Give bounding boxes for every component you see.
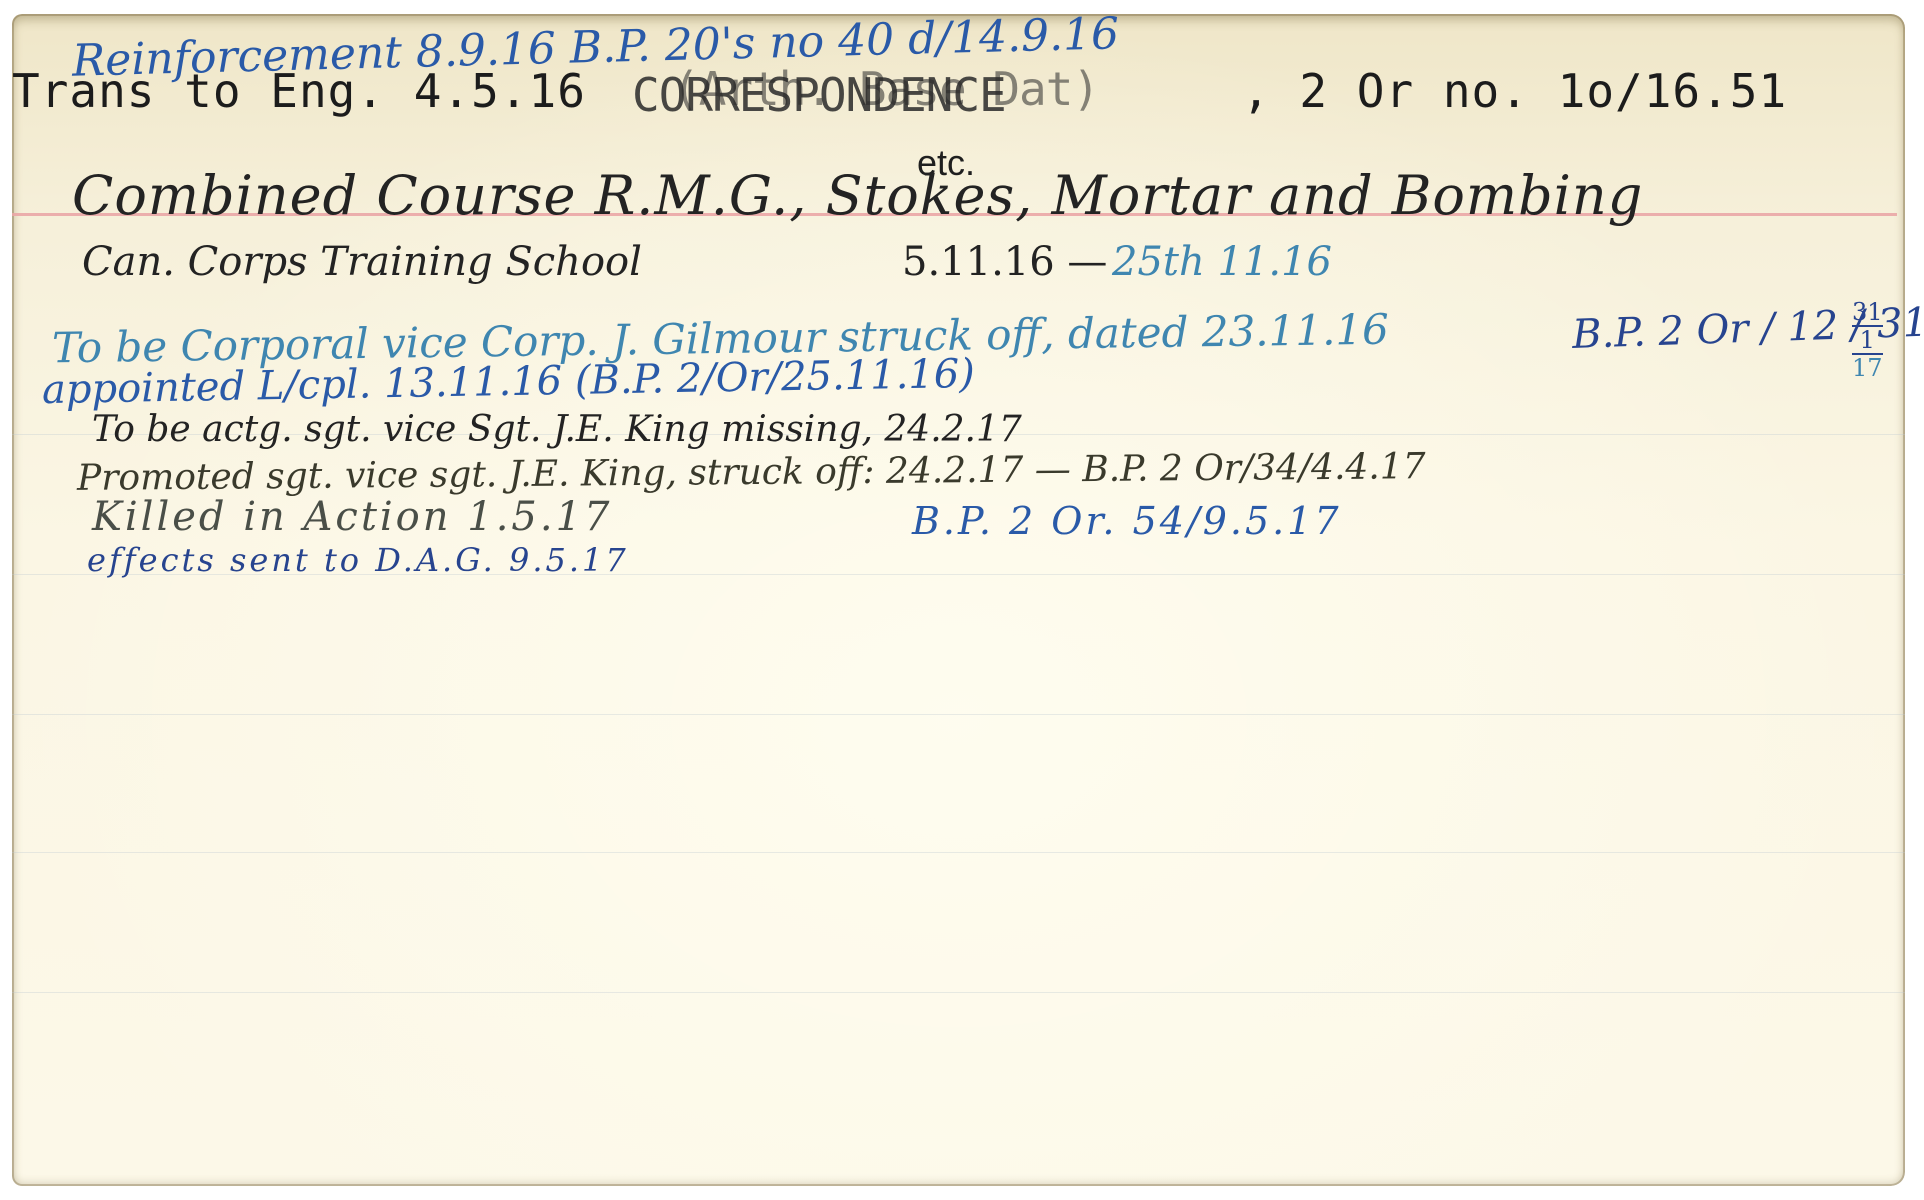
acting-sergeant-entry: To be actg. sgt. vice Sgt. J.E. King mis… xyxy=(92,409,1022,450)
ruled-line xyxy=(12,714,1905,715)
ruled-line xyxy=(12,852,1905,853)
ruled-line xyxy=(12,992,1905,993)
typed-base-note: (Arth. Base Dat) xyxy=(672,62,1099,116)
fraction-denominator: 17 xyxy=(1852,353,1883,381)
service-record-card: Reinforcement 8.9.16 B.P. 20's no 40 d/1… xyxy=(12,14,1905,1186)
course-start-date: 5.11.16 — xyxy=(902,239,1107,285)
typed-transfer-right: , 2 Or no. 1o/16.51 xyxy=(1242,64,1787,118)
effects-sent-entry: effects sent to D.A.G. 9.5.17 xyxy=(87,541,629,579)
combined-course-entry: Combined Course R.M.G., Stokes, Mortar a… xyxy=(72,164,1643,227)
fraction-middle: 1 xyxy=(1852,325,1883,353)
course-end-date: 25th 11.16 xyxy=(1112,239,1332,285)
typed-transfer-left: Trans to Eng. 4.5.16 xyxy=(12,64,586,118)
killed-bp-reference: B.P. 2 Or. 54/9.5.17 xyxy=(912,499,1342,543)
training-school-entry: Can. Corps Training School xyxy=(82,239,642,285)
sergeant-promotion-entry: Promoted sgt. vice sgt. J.E. King, struc… xyxy=(77,446,1426,499)
killed-in-action-entry: Killed in Action 1.5.17 xyxy=(92,494,612,540)
fraction-date: 31 1 17 xyxy=(1852,299,1883,381)
fraction-numerator: 31 xyxy=(1852,299,1883,325)
